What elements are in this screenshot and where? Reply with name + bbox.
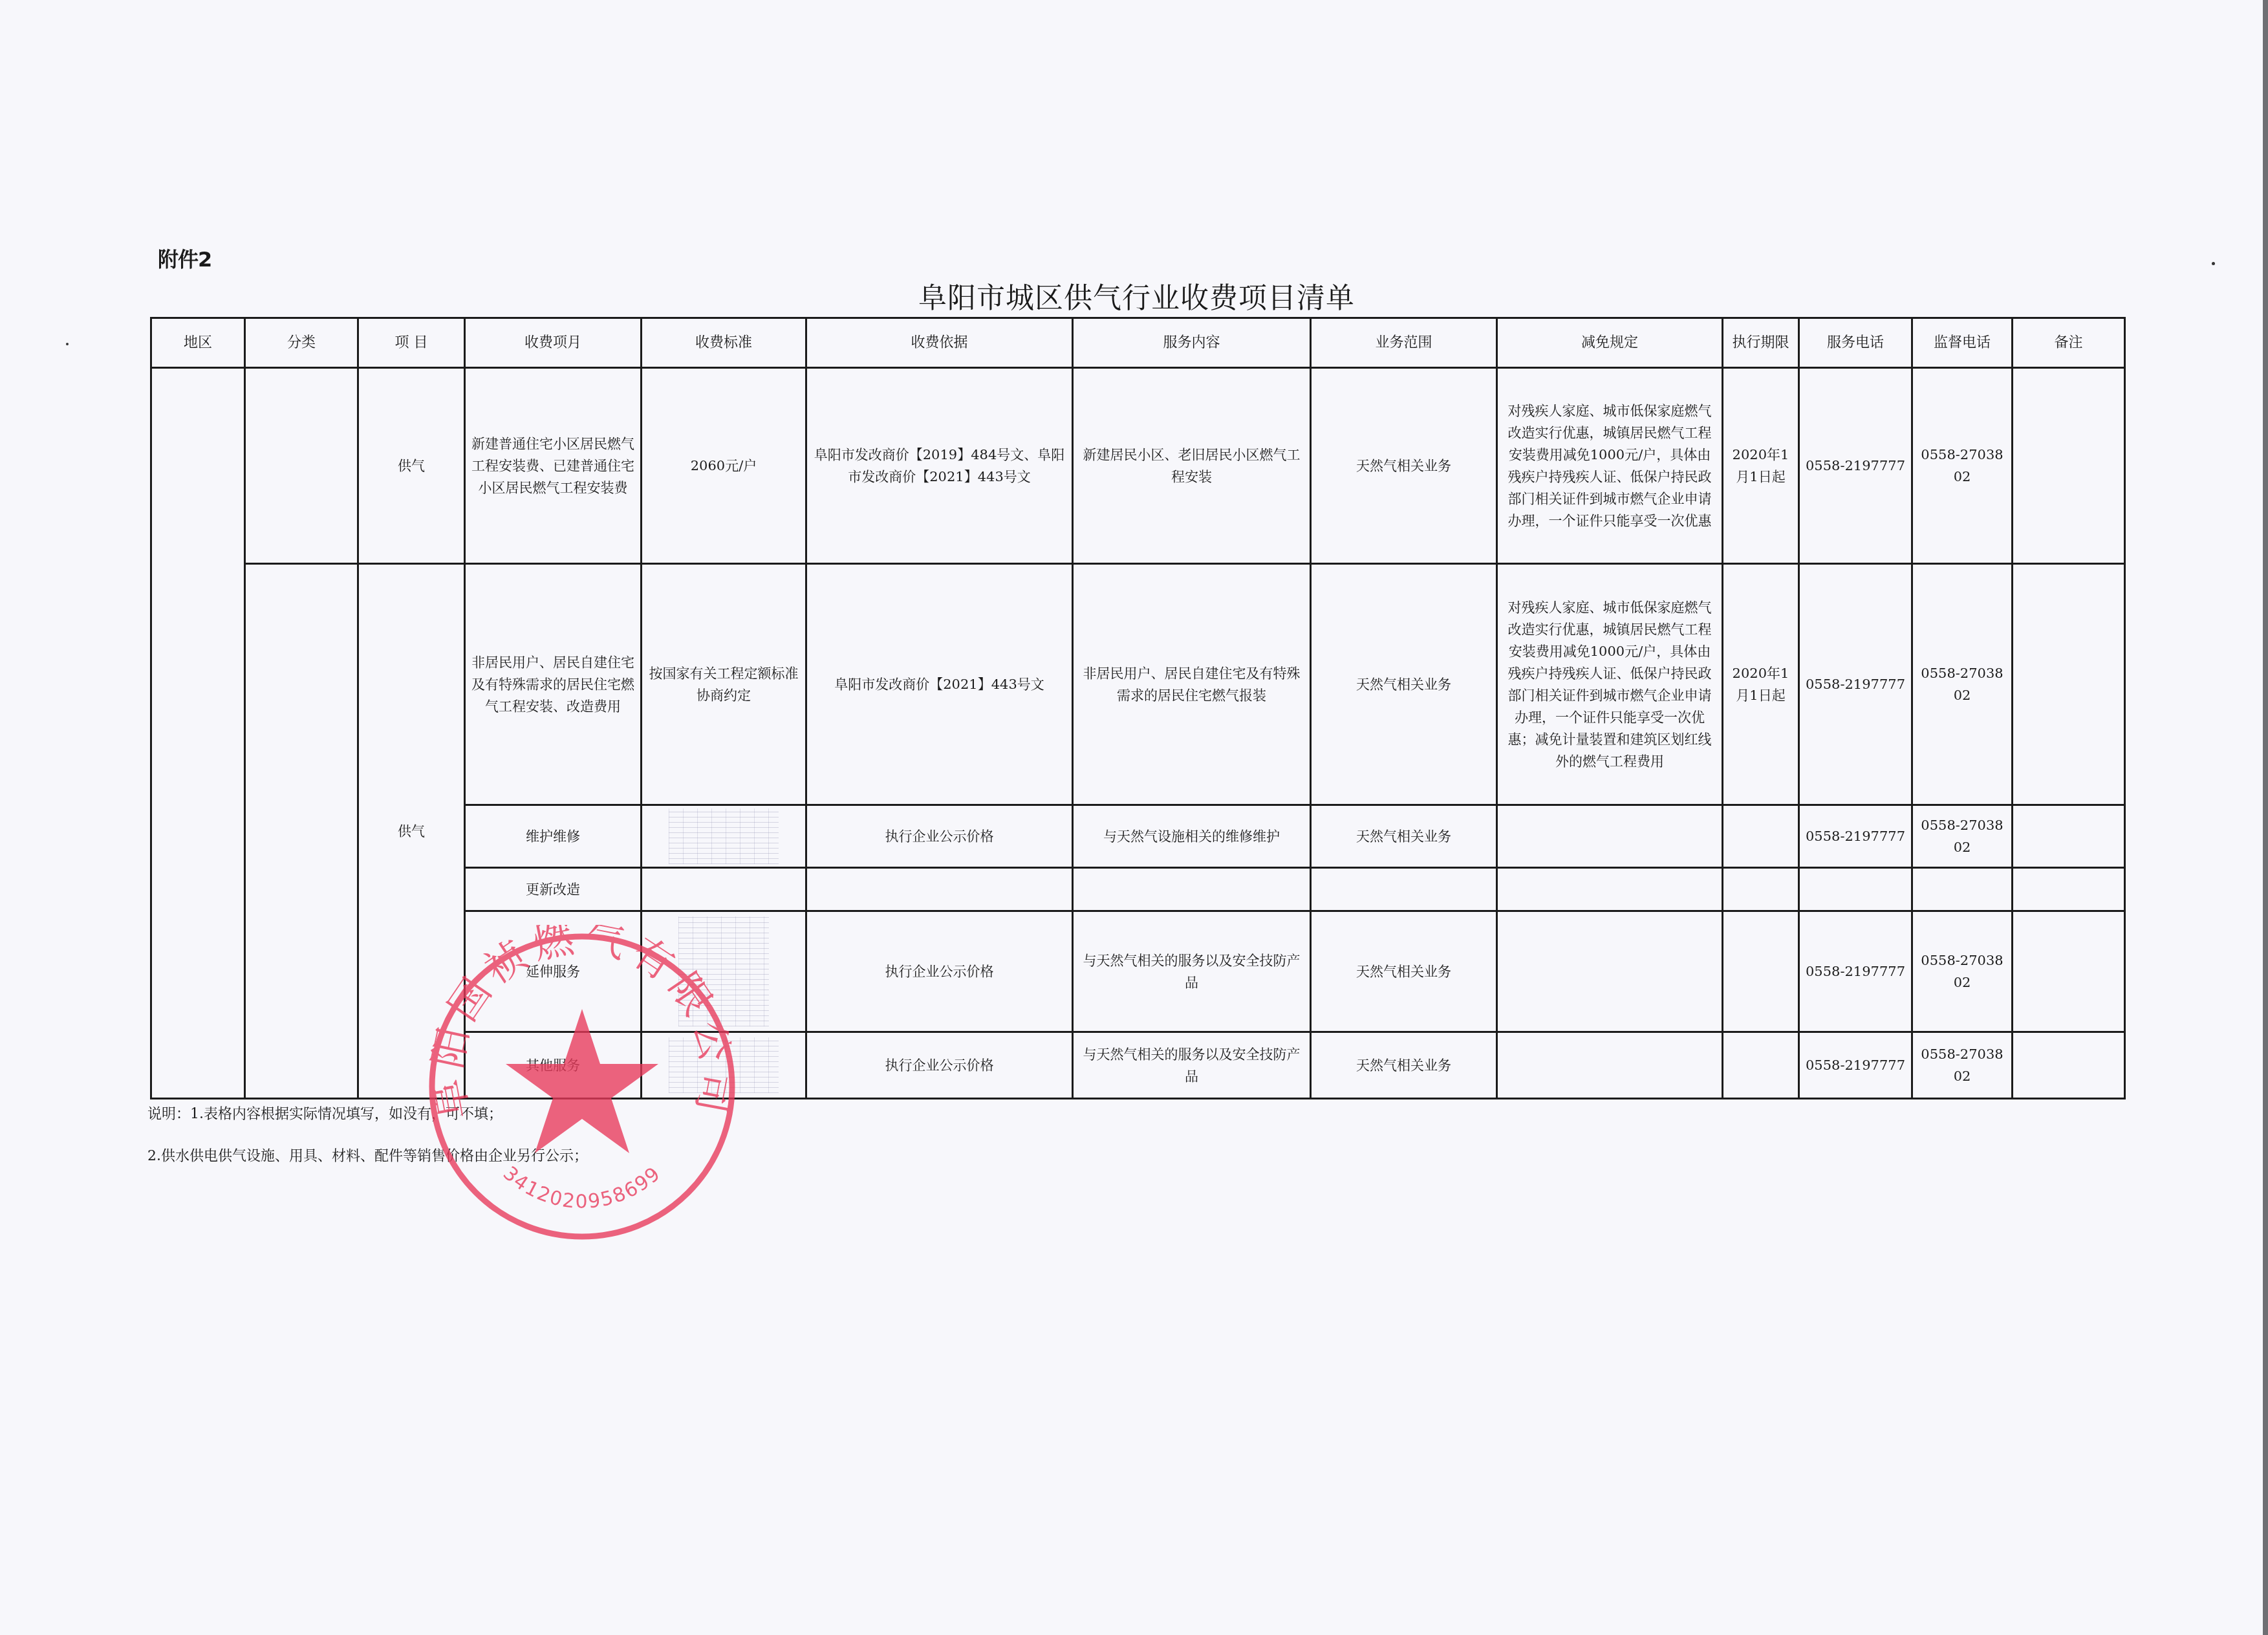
supervision-phone-cell: 0558-2703802 [1912, 805, 2013, 868]
fee-basis-cell: 阜阳市发改商价【2021】443号文 [806, 564, 1073, 805]
note-line-2: 2.供水供电供气设施、用具、材料、配件等销售价格由企业另行公示； [147, 1145, 588, 1165]
scanned-thumbnail [669, 808, 779, 864]
table-header-row: 地区 分类 项 目 收费项月 收费标准 收费依据 服务内容 业务范围 减免规定 … [151, 318, 2125, 368]
scanned-thumbnail [669, 1037, 779, 1093]
relief-rules-cell [1497, 805, 1723, 868]
fee-standard-cell: 2060元/户 [642, 368, 806, 564]
fee-standard-cell [642, 911, 806, 1032]
scanned-thumbnail [678, 916, 769, 1026]
fee-items-table: 地区 分类 项 目 收费项月 收费标准 收费依据 服务内容 业务范围 减免规定 … [150, 317, 2126, 1099]
fee-basis-cell: 执行企业公示价格 [806, 1032, 1073, 1099]
project-cell: 供气 [358, 368, 465, 564]
header-category: 分类 [245, 318, 358, 368]
service-phone-cell: 0558-2197777 [1799, 1032, 1912, 1099]
supervision-phone-cell: 0558-2703802 [1912, 911, 2013, 1032]
fee-standard-cell [642, 1032, 806, 1099]
table-row: 供气 非居民用户、居民自建住宅及有特殊需求的居民住宅燃气工程安装、改造费用 按国… [151, 564, 2125, 805]
service-content-cell: 与天然气相关的服务以及安全技防产品 [1073, 1032, 1311, 1099]
effective-period-cell [1723, 911, 1799, 1032]
header-business-scope: 业务范围 [1311, 318, 1497, 368]
service-phone-cell: 0558-2197777 [1799, 911, 1912, 1032]
effective-period-cell [1723, 868, 1799, 911]
relief-rules-cell: 对残疾人家庭、城市低保家庭燃气改造实行优惠，城镇居民燃气工程安装费用减免1000… [1497, 564, 1723, 805]
remarks-cell [2013, 805, 2125, 868]
attachment-label: 附件2 [158, 243, 211, 273]
business-scope-cell: 天然气相关业务 [1311, 805, 1497, 868]
header-region: 地区 [151, 318, 245, 368]
header-effective-period: 执行期限 [1723, 318, 1799, 368]
effective-period-cell [1723, 805, 1799, 868]
fee-basis-cell: 阜阳市发改商价【2019】484号文、阜阳市发改商价【2021】443号文 [806, 368, 1073, 564]
business-scope-cell: 天然气相关业务 [1311, 368, 1497, 564]
fee-item-cell: 延伸服务 [465, 911, 642, 1032]
project-cell: 供气 [358, 564, 465, 1099]
effective-period-cell: 2020年1月1日起 [1723, 368, 1799, 564]
fee-standard-cell: 按国家有关工程定额标准协商约定 [642, 564, 806, 805]
service-phone-cell [1799, 868, 1912, 911]
header-service-content: 服务内容 [1073, 318, 1311, 368]
header-project: 项 目 [358, 318, 465, 368]
supervision-phone-cell: 0558-2703802 [1912, 564, 2013, 805]
header-fee-basis: 收费依据 [806, 318, 1073, 368]
fee-item-cell: 其他服务 [465, 1032, 642, 1099]
service-phone-cell: 0558-2197777 [1799, 564, 1912, 805]
fee-basis-cell: 执行企业公示价格 [806, 805, 1073, 868]
business-scope-cell [1311, 868, 1497, 911]
effective-period-cell: 2020年1月1日起 [1723, 564, 1799, 805]
service-content-cell: 新建居民小区、老旧居民小区燃气工程安装 [1073, 368, 1311, 564]
seal-number: 3412020958699 [499, 1162, 665, 1213]
supervision-phone-cell [1912, 868, 2013, 911]
business-scope-cell: 天然气相关业务 [1311, 564, 1497, 805]
fee-item-cell: 维护维修 [465, 805, 642, 868]
region-cell [151, 368, 245, 1099]
service-content-cell: 与天然气设施相关的维修维护 [1073, 805, 1311, 868]
document-title: 阜阳市城区供气行业收费项目清单 [918, 275, 1565, 316]
table-row: 供气 新建普通住宅小区居民燃气工程安装费、已建普通住宅小区居民燃气工程安装费 2… [151, 368, 2125, 564]
header-service-phone: 服务电话 [1799, 318, 1912, 368]
scan-page-edge [2263, 0, 2268, 1635]
service-content-cell: 非居民用户、居民自建住宅及有特殊需求的居民住宅燃气报装 [1073, 564, 1311, 805]
business-scope-cell: 天然气相关业务 [1311, 1032, 1497, 1099]
relief-rules-cell [1497, 1032, 1723, 1099]
remarks-cell [2013, 564, 2125, 805]
fee-item-cell: 新建普通住宅小区居民燃气工程安装费、已建普通住宅小区居民燃气工程安装费 [465, 368, 642, 564]
remarks-cell [2013, 368, 2125, 564]
relief-rules-cell: 对残疾人家庭、城市低保家庭燃气改造实行优惠，城镇居民燃气工程安装费用减免1000… [1497, 368, 1723, 564]
remarks-cell [2013, 1032, 2125, 1099]
scan-speck [66, 343, 69, 345]
service-phone-cell: 0558-2197777 [1799, 805, 1912, 868]
supervision-phone-cell: 0558-2703802 [1912, 1032, 2013, 1099]
business-scope-cell: 天然气相关业务 [1311, 911, 1497, 1032]
remarks-cell [2013, 911, 2125, 1032]
relief-rules-cell [1497, 911, 1723, 1032]
category-cell [245, 564, 358, 1099]
header-supervision-phone: 监督电话 [1912, 318, 2013, 368]
service-content-cell: 与天然气相关的服务以及安全技防产品 [1073, 911, 1311, 1032]
fee-item-cell: 更新改造 [465, 868, 642, 911]
service-phone-cell: 0558-2197777 [1799, 368, 1912, 564]
note-line-1: 说明：1.表格内容根据实际情况填写，如没有，可不填； [147, 1103, 502, 1123]
relief-rules-cell [1497, 868, 1723, 911]
category-cell [245, 368, 358, 564]
effective-period-cell [1723, 1032, 1799, 1099]
remarks-cell [2013, 868, 2125, 911]
fee-basis-cell [806, 868, 1073, 911]
header-relief-rules: 减免规定 [1497, 318, 1723, 368]
fee-item-cell: 非居民用户、居民自建住宅及有特殊需求的居民住宅燃气工程安装、改造费用 [465, 564, 642, 805]
header-remarks: 备注 [2013, 318, 2125, 368]
header-fee-item: 收费项月 [465, 318, 642, 368]
fee-standard-cell [642, 868, 806, 911]
svg-text:3412020958699: 3412020958699 [499, 1162, 665, 1213]
service-content-cell [1073, 868, 1311, 911]
supervision-phone-cell: 0558-2703802 [1912, 368, 2013, 564]
fee-standard-cell [642, 805, 806, 868]
fee-basis-cell: 执行企业公示价格 [806, 911, 1073, 1032]
scan-speck [2212, 262, 2215, 265]
header-fee-standard: 收费标准 [642, 318, 806, 368]
